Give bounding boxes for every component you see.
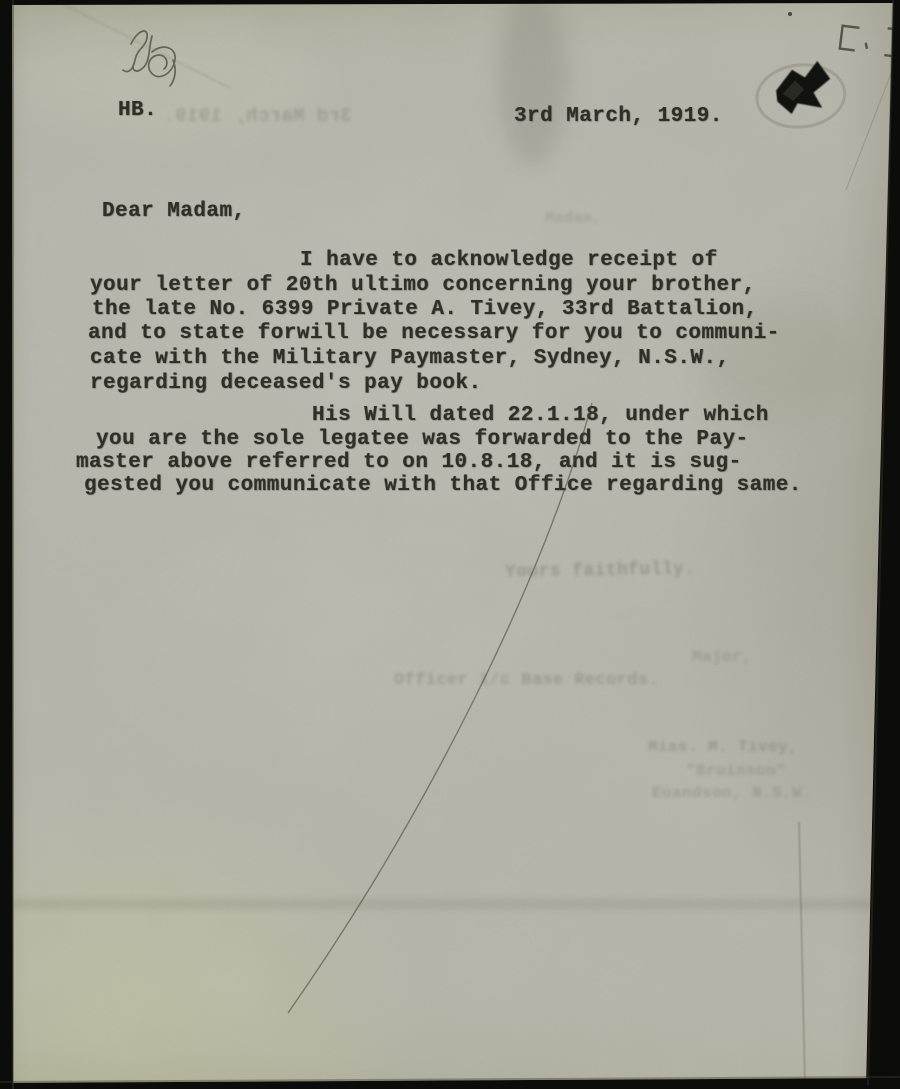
scan-border xyxy=(0,0,900,1089)
letter-scan: 3rd March, 1919. Madam, Yours faithfully… xyxy=(0,0,900,1089)
